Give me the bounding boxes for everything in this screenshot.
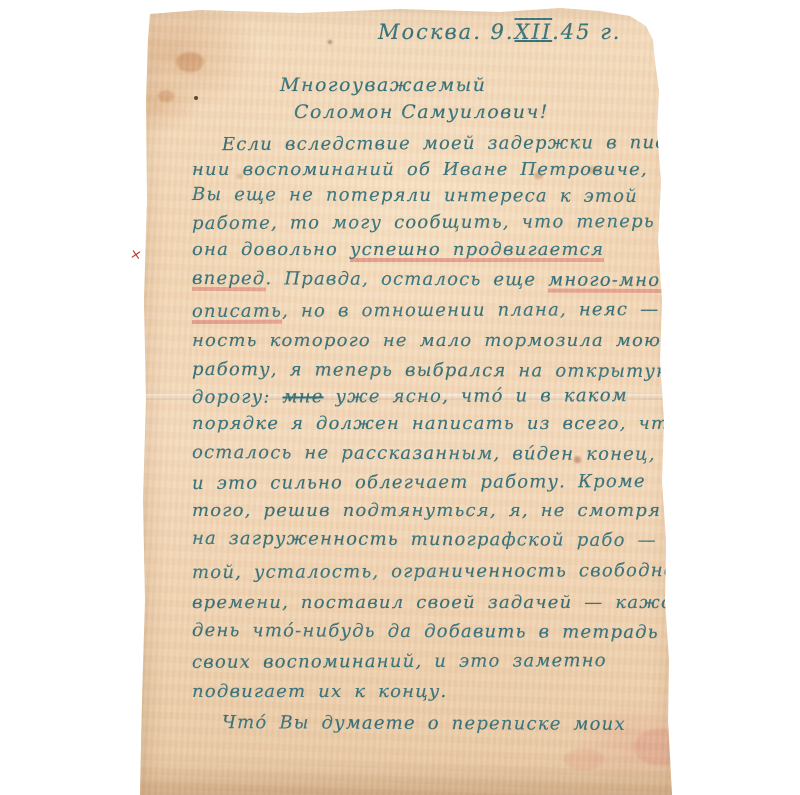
handwriting-text: того, решив подтянуться, я, не смотря — [192, 500, 661, 521]
handwritten-line: ность которого не мало тормозила мою — [192, 329, 661, 353]
handwritten-line: нии воспоминаний об Иване Петровиче, — [192, 158, 648, 182]
handwritten-line: того, решив подтянуться, я, не смотря — [192, 499, 661, 523]
handwriting-text: и это сильно облегчает работу. Кроме — [192, 471, 646, 494]
handwritten-line: той, усталость, ограниченность свободног… — [192, 559, 698, 585]
stain-spot — [634, 728, 690, 766]
handwriting-text: , но в отношении плана, неяс — — [282, 299, 659, 322]
handwritten-line: вперед. Правда, осталось еще много-много — [192, 267, 683, 293]
handwriting-text: осталось не рассказанным, ви́ден конец, — [192, 442, 656, 465]
red-underlined-text: описать — [192, 301, 282, 324]
handwritten-line: работу, я теперь выбрался на открытую — [192, 358, 673, 384]
handwritten-line: и это сильно облегчает работу. Кроме — [192, 470, 646, 496]
red-margin-mark: × — [129, 246, 143, 264]
red-underlined-text: много-много — [548, 269, 682, 293]
handwriting-text: Вы еще не потеряли интереса к этой — [192, 184, 638, 207]
handwriting-text: работе, то могу сообщить, что теперь — [192, 211, 655, 234]
handwriting-text: день что́-нибудь да добавить в тетрадь — [192, 620, 659, 643]
dateline-city-day: Москва. 9. — [378, 20, 515, 44]
handwriting-text: на загруженность типографской рабо — — [192, 528, 657, 551]
handwriting-text: нии воспоминаний об Иване Петровиче, — [192, 159, 648, 180]
stain-spot — [328, 40, 332, 44]
handwritten-line: Вы еще не потеряли интереса к этой — [192, 183, 638, 209]
handwritten-line: она довольно успешно продвигается — [192, 238, 604, 262]
handwriting-text: уже ясно, что́ и в каком — [324, 385, 628, 407]
handwriting-text: Что́ Вы думаете о переписке моих — [222, 712, 626, 735]
handwritten-line: работе, то могу сообщить, что теперь — [192, 210, 655, 236]
scan-background: × Москва. 9.XII.45 г. Многоуважаемый Сол… — [0, 0, 800, 795]
salutation-line-1: Многоуважаемый — [280, 74, 487, 96]
stain-spot — [176, 52, 204, 72]
dateline-year: .45 г. — [552, 20, 621, 44]
struck-word: мне — [282, 386, 323, 407]
handwriting-text: . Правда, осталось еще — [265, 268, 548, 290]
stain-spot — [194, 96, 198, 100]
red-underlined-text: вперед — [192, 268, 266, 291]
handwritten-line: Если вследствие моей задержки в писа — — [222, 131, 710, 157]
handwriting-text: она довольно — [192, 239, 350, 260]
handwritten-line: времени, поставил своей задачей — каждый — [192, 591, 702, 615]
handwriting-text: своих воспоминаний, и это заметно — [192, 650, 607, 673]
handwriting-text: работу, я теперь выбрался на открытую — [192, 359, 673, 382]
letter-dateline: Москва. 9.XII.45 г. — [378, 20, 622, 44]
handwritten-line: порядке я должен написать из всего, что — [192, 412, 681, 436]
handwriting-text: той, усталость, ограниченность свободног… — [192, 560, 698, 583]
handwritten-line: описать, но в отношении плана, неяс — — [192, 298, 659, 324]
handwritten-line: осталось не рассказанным, ви́ден конец, — [192, 441, 656, 467]
handwritten-line: дорогу: мне уже ясно, что́ и в каком — [192, 384, 628, 410]
handwriting-text: дорогу: — [192, 387, 283, 408]
handwritten-line: день что́-нибудь да добавить в тетрадь — [192, 619, 659, 645]
handwritten-line: подвигает их к концу. — [192, 680, 447, 704]
handwriting-text: Если вследствие моей задержки в писа — — [222, 132, 710, 155]
dateline-roman-month: XII — [515, 20, 553, 44]
red-underlined-text: успешно продвигается — [350, 239, 604, 262]
handwriting-text: подвигает их к концу. — [192, 681, 447, 702]
handwriting-text: времени, поставил своей задачей — каждый — [192, 592, 702, 613]
letter-page: Москва. 9.XII.45 г. Многоуважаемый Солом… — [138, 6, 678, 795]
handwriting-text: ность которого не мало тормозила мою — [192, 330, 661, 351]
salutation-line-2: Соломон Самуилович! — [294, 101, 549, 123]
handwritten-line: своих воспоминаний, и это заметно — [192, 649, 607, 675]
stain-spot — [564, 748, 604, 770]
stain-spot — [158, 90, 174, 102]
handwriting-text: порядке я должен написать из всего, что — [192, 413, 681, 434]
handwritten-line: на загруженность типографской рабо — — [192, 527, 657, 553]
handwritten-line: Что́ Вы думаете о переписке моих — [222, 711, 626, 737]
